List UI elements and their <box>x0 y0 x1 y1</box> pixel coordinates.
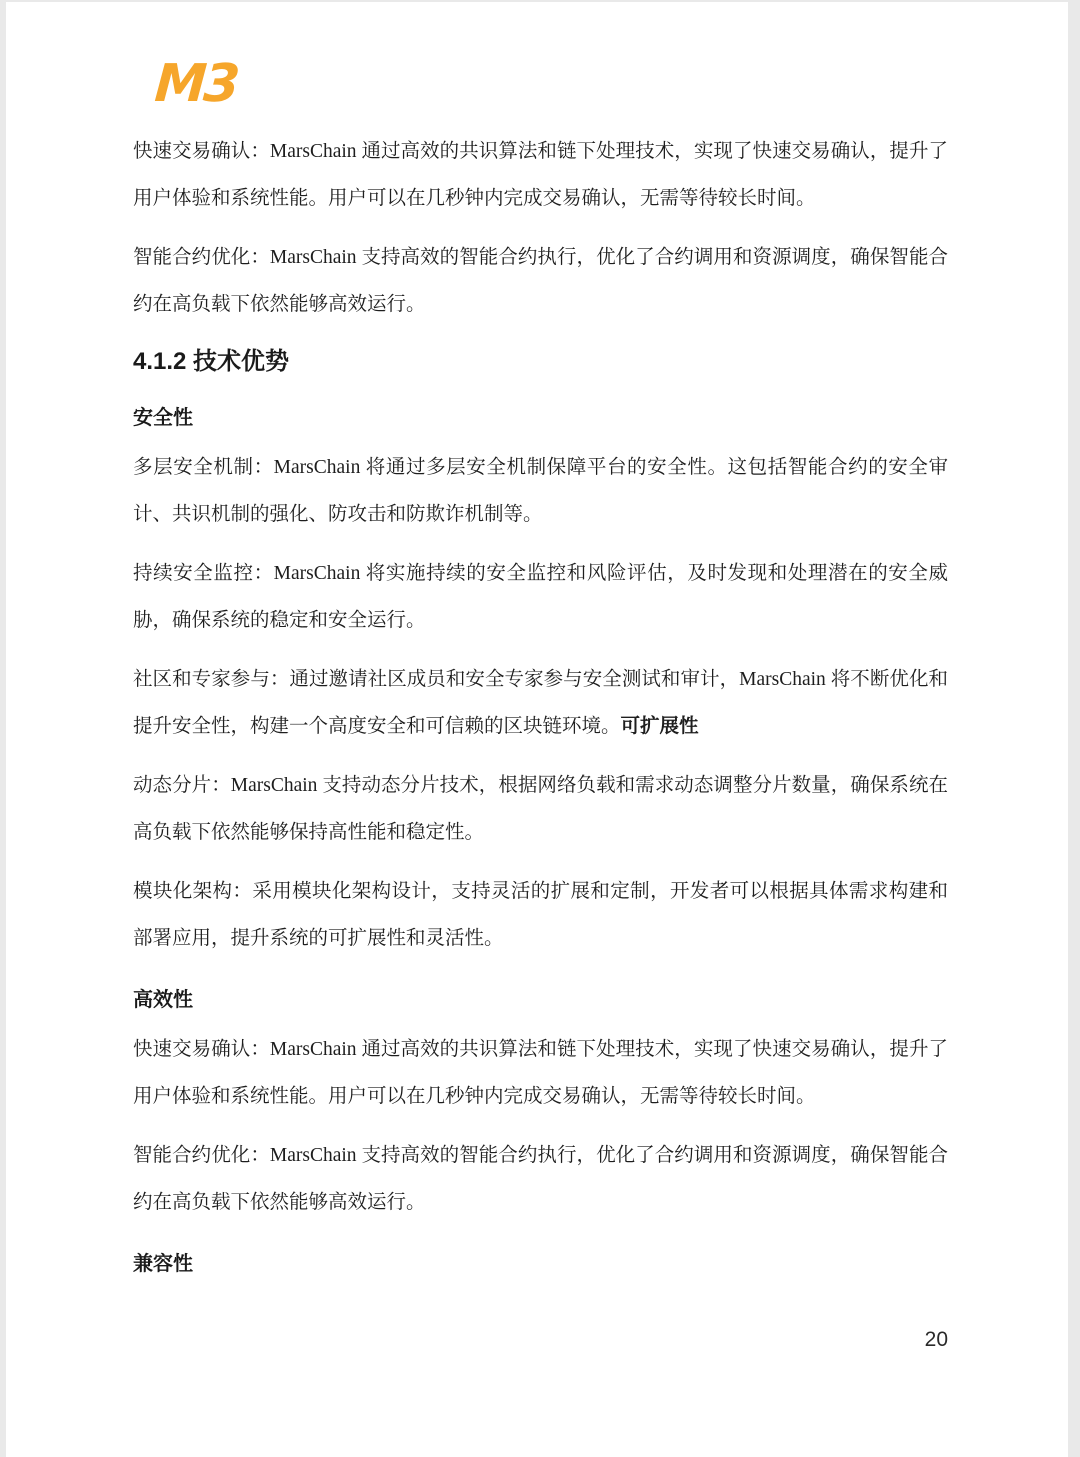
document-page: M3 快速交易确认：MarsChain 通过高效的共识算法和链下处理技术，实现了… <box>6 2 1068 1457</box>
paragraph-community-experts-text: 社区和专家参与：通过邀请社区成员和安全专家参与安全测试和审计，MarsChain… <box>133 669 948 737</box>
inline-heading-scalability: 可扩展性 <box>621 715 699 737</box>
paragraph-multilayer-security: 多层安全机制：MarsChain 将通过多层安全机制保障平台的安全性。这包括智能… <box>133 444 948 538</box>
document-content: M3 快速交易确认：MarsChain 通过高效的共识算法和链下处理技术，实现了… <box>6 2 1068 1354</box>
subsection-heading-compatibility: 兼容性 <box>133 1250 948 1278</box>
page-number: 20 <box>133 1326 948 1354</box>
paragraph-community-experts: 社区和专家参与：通过邀请社区成员和安全专家参与安全测试和审计，MarsChain… <box>133 656 948 750</box>
paragraph-modular-architecture: 模块化架构：采用模块化架构设计，支持灵活的扩展和定制，开发者可以根据具体需求构建… <box>133 868 948 962</box>
brand-logo: M3 <box>153 52 239 116</box>
section-heading-412: 4.1.2 技术优势 <box>133 344 948 380</box>
paragraph-smart-contract-opt-repeat: 智能合约优化：MarsChain 支持高效的智能合约执行，优化了合约调用和资源调… <box>133 1132 948 1226</box>
paragraph-continuous-monitoring: 持续安全监控：MarsChain 将实施持续的安全监控和风险评估，及时发现和处理… <box>133 550 948 644</box>
subsection-heading-security: 安全性 <box>133 404 948 432</box>
paragraph-fast-tx-confirm-repeat: 快速交易确认：MarsChain 通过高效的共识算法和链下处理技术，实现了快速交… <box>133 1026 948 1120</box>
paragraph-smart-contract-opt: 智能合约优化：MarsChain 支持高效的智能合约执行，优化了合约调用和资源调… <box>133 234 948 328</box>
subsection-heading-efficiency: 高效性 <box>133 986 948 1014</box>
paragraph-fast-tx-confirm: 快速交易确认：MarsChain 通过高效的共识算法和链下处理技术，实现了快速交… <box>133 128 948 222</box>
paragraph-dynamic-sharding: 动态分片：MarsChain 支持动态分片技术，根据网络负载和需求动态调整分片数… <box>133 762 948 856</box>
